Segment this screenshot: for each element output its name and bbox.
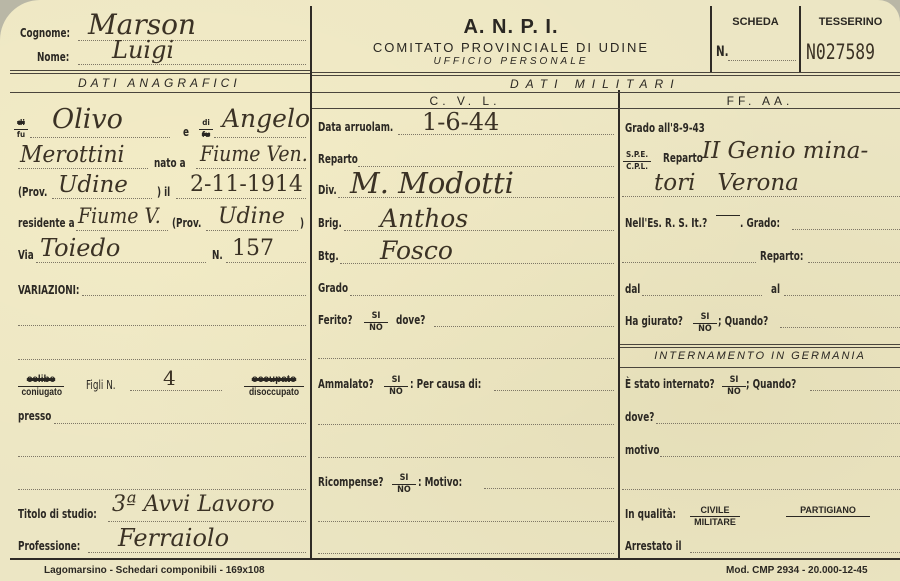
data-arruolam-value[interactable]: 1-6-44	[422, 108, 499, 136]
btg-label: Btg.	[318, 249, 339, 263]
al-line[interactable]	[784, 295, 900, 296]
internato-si-no[interactable]: SINO	[722, 375, 746, 397]
footer-right: Mod. CMP 2934 - 20.000-12-45	[726, 565, 868, 576]
nome-value[interactable]: Luigi	[112, 36, 174, 64]
titolo-label: Titolo di studio:	[18, 507, 97, 521]
divider-left	[310, 6, 312, 558]
nell-es-si-no[interactable]	[716, 214, 740, 216]
divider-right	[618, 90, 620, 558]
internato-quando-label: ; Quando?	[746, 377, 796, 391]
father-line	[30, 137, 170, 138]
prov-value[interactable]: Udine	[58, 172, 128, 198]
partigiano-option[interactable]: PARTIGIANO	[786, 505, 870, 517]
figli-value[interactable]: 4	[163, 366, 176, 390]
professione-line	[88, 552, 306, 553]
mother-line	[214, 137, 306, 138]
internamento-title: INTERNAMENTO IN GERMANIA	[620, 350, 900, 362]
ammalato-extra-line-1[interactable]	[318, 424, 614, 425]
ferito-si-no[interactable]: SINO	[364, 311, 388, 333]
internamento-motivo-line[interactable]	[660, 456, 900, 457]
ferito-extra-line[interactable]	[318, 358, 614, 359]
ferito-dove-label: dove?	[396, 313, 425, 327]
qualita-label: In qualità:	[625, 507, 676, 521]
rule	[620, 347, 900, 348]
professione-label: Professione:	[18, 539, 80, 553]
dati-anagrafici-title: DATI ANAGRAFICI	[78, 76, 241, 90]
titolo-value[interactable]: 3ª Avvi Lavoro	[112, 492, 275, 517]
res-prov-label: (Prov.	[172, 216, 201, 230]
internamento-extra-line[interactable]	[622, 489, 900, 490]
dal-line[interactable]	[642, 295, 762, 296]
motivo-extra-line-1[interactable]	[318, 521, 614, 522]
rule	[10, 70, 310, 71]
spe-cpl[interactable]: S.P.E.C.P.L.	[623, 150, 651, 172]
mother-di-fu: di fu	[199, 118, 213, 140]
variazioni-line-3[interactable]	[18, 359, 306, 360]
ricompense-label: Ricompense?	[318, 475, 383, 489]
reparto2-label: Reparto:	[760, 249, 803, 263]
anpi-personnel-card: Cognome: Marson Nome: Luigi DATI ANAGRAF…	[0, 0, 900, 581]
al-label: al	[771, 282, 780, 296]
internamento-dove-label: dove?	[625, 410, 654, 424]
coniugato-label: coniugato	[21, 387, 60, 398]
grado-8-9-43-label: Grado all'8-9-43	[625, 121, 705, 135]
variazioni-line-2[interactable]	[18, 325, 306, 326]
rule	[312, 75, 900, 76]
titolo-line	[108, 521, 306, 522]
res-prov-close: )	[300, 216, 304, 230]
father-di-fu: di fu	[14, 118, 28, 140]
nato-line	[196, 168, 306, 169]
grado2-line[interactable]	[792, 229, 900, 230]
variazioni-line-1[interactable]	[82, 295, 306, 296]
nato-label: nato a	[154, 156, 186, 170]
e-label: e	[183, 125, 189, 139]
bottom-rule	[10, 558, 900, 560]
via-line	[36, 262, 206, 263]
disoccupato-label: disoccupato	[249, 387, 300, 398]
ricompense-si-no[interactable]: SINO	[392, 473, 416, 495]
presso-line-3[interactable]	[18, 489, 306, 490]
tesserino-value[interactable]: N027589	[806, 40, 875, 64]
internato-label: È stato internato?	[625, 377, 715, 391]
scheda-n-label: N.	[716, 44, 729, 60]
internamento-dove-line[interactable]	[656, 423, 900, 424]
prov-line	[52, 198, 152, 199]
n-value[interactable]: 157	[232, 236, 274, 261]
giurato-quando-label: ; Quando?	[718, 314, 768, 328]
rule	[620, 367, 900, 368]
mother-first-value[interactable]: Angelo	[222, 104, 310, 133]
residente-line	[76, 230, 168, 231]
nell-es-label: Nell'Es. R. S. It.?	[625, 216, 707, 230]
rule	[620, 344, 900, 345]
ffaa-reparto-value-1[interactable]: II Genio mina-	[702, 138, 868, 164]
per-causa-label: : Per causa di:	[410, 377, 481, 391]
rule	[312, 108, 900, 109]
data-arruolam-label: Data arruolam.	[318, 120, 393, 134]
reparto2-left-line	[622, 262, 756, 263]
arrestato-line[interactable]	[690, 552, 900, 553]
giurato-si-no[interactable]: SINO	[693, 312, 717, 334]
reparto2-line[interactable]	[808, 262, 900, 263]
civile-militare[interactable]: CIVILE MILITARE	[690, 505, 740, 527]
presso-line-1[interactable]	[54, 423, 306, 424]
giurato-quando-line[interactable]	[780, 327, 900, 328]
grado-line[interactable]	[350, 295, 614, 296]
variazioni-label: VARIAZIONI:	[18, 283, 79, 297]
nome-line	[78, 64, 306, 65]
office-label: UFFICIO PERSONALE	[312, 56, 710, 67]
mother-surname-line	[18, 168, 148, 169]
ffaa-title: FF. AA.	[620, 94, 900, 108]
btg-value[interactable]: Fosco	[380, 236, 453, 265]
res-prov-value[interactable]: Udine	[218, 204, 285, 229]
father-value[interactable]: Olivo	[52, 104, 123, 135]
presso-line-2[interactable]	[18, 456, 306, 457]
motivo-extra-line-2[interactable]	[318, 553, 614, 554]
birth-date-value[interactable]: 2-11-1914	[190, 172, 303, 197]
rule	[10, 73, 310, 74]
rule	[312, 92, 900, 93]
via-value[interactable]: Toiedo	[40, 234, 120, 262]
ffaa-reparto-label: Reparto	[663, 151, 703, 165]
brig-label: Brig.	[318, 216, 342, 230]
figli-label: Figli N.	[86, 378, 116, 392]
per-causa-line[interactable]	[494, 390, 614, 391]
n-label: N.	[212, 248, 223, 262]
internato-quando-line[interactable]	[810, 390, 900, 391]
scheda-label: SCHEDA	[712, 16, 799, 28]
ammalato-extra-line-2[interactable]	[318, 457, 614, 458]
rule	[312, 72, 900, 73]
residente-value[interactable]: Fiume V.	[78, 204, 161, 228]
arrestato-label: Arrestato il	[625, 539, 682, 553]
res-prov-line	[206, 230, 298, 231]
dati-militari-title: DATI MILITARI	[510, 77, 681, 91]
tesserino-label: TESSERINO	[801, 16, 900, 28]
presso-label: presso	[18, 409, 51, 423]
rule	[10, 92, 310, 93]
employment-status: occupato disoccupato	[244, 374, 304, 398]
scheda-n-line[interactable]	[728, 60, 796, 61]
div-label: Div.	[318, 183, 337, 197]
grado-label: Grado	[318, 281, 348, 295]
motivo-label: : Motivo:	[418, 475, 462, 489]
dal-label: dal	[625, 282, 640, 296]
ferito-label: Ferito?	[318, 313, 353, 327]
n-line	[226, 262, 306, 263]
ffaa-reparto-line	[622, 196, 900, 197]
motivo-line[interactable]	[484, 488, 614, 489]
il-label: ) il	[157, 185, 170, 199]
nato-value[interactable]: Fiume Ven.	[200, 142, 308, 166]
celibe-struck: celibe	[18, 374, 64, 387]
grado2-label: . Grado:	[740, 216, 780, 230]
residente-label: residente a	[18, 216, 75, 230]
civil-status: celibe coniugato	[18, 374, 64, 398]
professione-value[interactable]: Ferraiolo	[118, 524, 229, 552]
mother-surname-value[interactable]: Merottini	[20, 142, 125, 168]
giurato-label: Ha giurato?	[625, 314, 683, 328]
org-subtitle: COMITATO PROVINCIALE DI UDINE	[312, 40, 710, 55]
cvl-title: C. V. L.	[312, 94, 618, 108]
figli-line	[130, 390, 222, 391]
brig-value[interactable]: Anthos	[380, 204, 468, 233]
nome-label: Nome:	[37, 50, 69, 64]
ferito-dove-line[interactable]	[434, 326, 614, 327]
footer-left: Lagomarsino - Schedari componibili - 169…	[44, 565, 265, 576]
org-title: A. N. P. I.	[312, 16, 710, 39]
cognome-label: Cognome:	[20, 26, 70, 40]
reparto-label: Reparto	[318, 152, 358, 166]
ammalato-label: Ammalato?	[318, 377, 374, 391]
internamento-motivo-label: motivo	[625, 443, 659, 457]
birth-date-line	[176, 198, 306, 199]
occupato-struck: occupato	[244, 374, 304, 387]
via-label: Via	[18, 248, 34, 262]
div-value[interactable]: M. Modotti	[350, 166, 514, 200]
ffaa-reparto-value-2[interactable]: tori Verona	[654, 170, 799, 196]
prov-label: (Prov.	[18, 185, 47, 199]
ammalato-si-no[interactable]: SINO	[384, 375, 408, 397]
